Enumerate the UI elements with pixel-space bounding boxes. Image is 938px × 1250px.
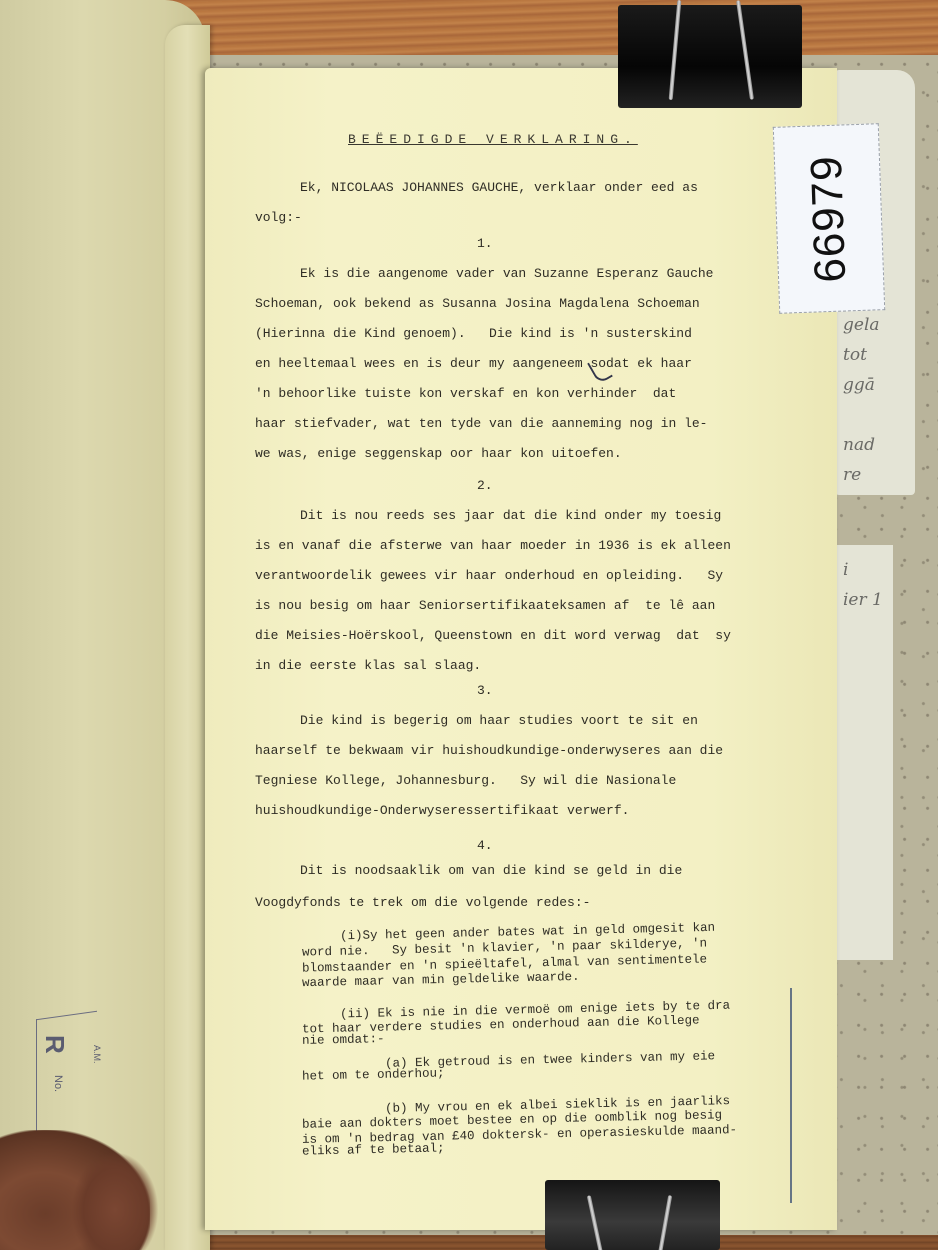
section-line: (Hierinna die Kind genoem). Die kind is …: [255, 326, 692, 341]
registry-stamp-side-text: A.M.: [92, 1045, 102, 1064]
document-title: BEËEDIGDE VERKLARING.: [348, 132, 638, 147]
sub-item-line: eliks af te betaal;: [302, 1141, 445, 1158]
section-line: verantwoordelik gewees vir haar onderhou…: [255, 568, 723, 583]
section-line: is nou besig om haar Seniorsertifikaatek…: [255, 598, 715, 613]
binder-clip-bottom[interactable]: [545, 1180, 720, 1250]
section-line: Voogdyfonds te trek om die volgende rede…: [255, 895, 590, 910]
section-number: 2.: [477, 478, 493, 493]
registry-stamp-letter: R: [39, 1035, 70, 1054]
archive-number: 66979: [802, 154, 856, 283]
section-line: Ek is die aangenome vader van Suzanne Es…: [300, 266, 713, 281]
binder-clip-top[interactable]: [618, 5, 802, 108]
page-flap: [165, 25, 210, 1250]
margin-pencil-line: [790, 988, 792, 1203]
binder-clip-wire: [658, 1195, 672, 1250]
section-number: 1.: [477, 236, 493, 251]
handwritten-note-lower: iier 1: [835, 545, 893, 960]
handwritten-note-text: gela: [843, 310, 915, 340]
hand-finger: [70, 1150, 160, 1250]
registry-stamp-number-label: No.: [52, 1075, 64, 1092]
intro-line: Ek, NICOLAAS JOHANNES GAUCHE, verklaar o…: [300, 180, 698, 195]
handwritten-note-text: ggā: [843, 370, 915, 400]
section-line: haarself te bekwaam vir huishoudkundige-…: [255, 743, 723, 758]
section-number: 3.: [477, 683, 493, 698]
handwritten-note-text: tot: [843, 340, 915, 370]
intro-line: volg:-: [255, 210, 302, 225]
sub-item-line: het om te onderhou;: [302, 1066, 445, 1083]
section-number: 4.: [477, 838, 493, 853]
section-line: haar stiefvader, wat ten tyde van die aa…: [255, 416, 707, 431]
typewritten-affidavit-page: BEËEDIGDE VERKLARING. Ek, NICOLAAS JOHAN…: [205, 68, 837, 1230]
section-line: 'n behoorlike tuiste kon verskaf en kon …: [255, 386, 676, 401]
section-line: we was, enige seggenskap oor haar kon ui…: [255, 446, 622, 461]
section-line: Schoeman, ook bekend as Susanna Josina M…: [255, 296, 700, 311]
handwritten-note-text: i: [843, 555, 893, 585]
section-line: is en vanaf die afsterwe van haar moeder…: [255, 538, 731, 553]
binder-clip-wire: [669, 0, 682, 100]
section-line: Dit is nou reeds ses jaar dat die kind o…: [300, 508, 721, 523]
binder-clip-wire: [736, 0, 754, 100]
section-line: Dit is noodsaaklik om van die kind se ge…: [300, 863, 682, 878]
section-line: huishoudkundige-Onderwyseressertifikaat …: [255, 803, 629, 818]
section-line: en heeltemaal wees en is deur my aangene…: [255, 356, 692, 371]
list-item-line: nie omdat:-: [302, 1032, 385, 1048]
handwritten-note-text: ier 1: [843, 585, 893, 615]
section-line: in die eerste klas sal slaag.: [255, 658, 481, 673]
section-line: die Meisies-Hoërskool, Queenstown en dit…: [255, 628, 731, 643]
binder-clip-wire: [587, 1195, 603, 1250]
archive-number-label: 66979: [773, 123, 885, 314]
handwritten-note-text: re: [843, 460, 915, 490]
section-line: Die kind is begerig om haar studies voor…: [300, 713, 698, 728]
handwritten-note-text: [843, 400, 915, 430]
section-line: Tegniese Kollege, Johannesburg. Sy wil d…: [255, 773, 676, 788]
handwritten-note-text: nad: [843, 430, 915, 460]
